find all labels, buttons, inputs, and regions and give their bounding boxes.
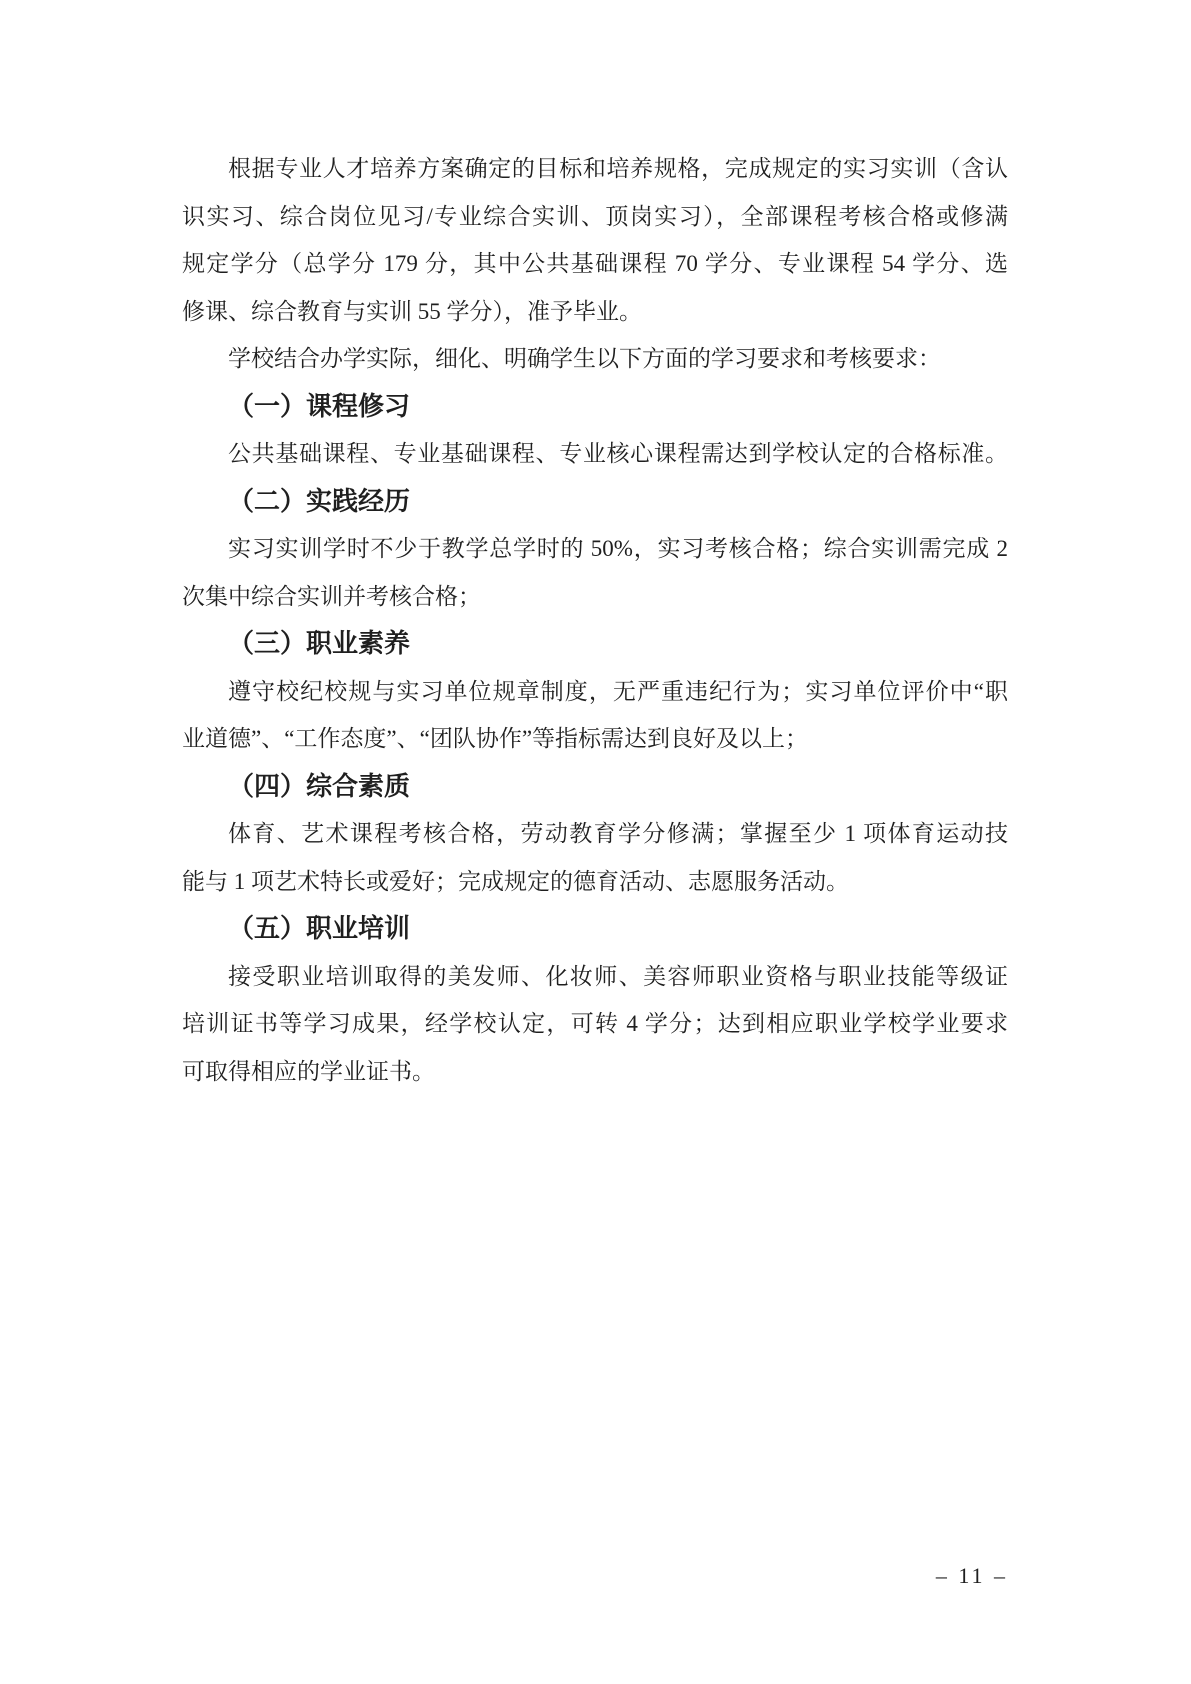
body-line: 公共基础课程、专业基础课程、专业核心课程需达到学校认定的合格标准。 xyxy=(182,430,1008,478)
document-page: 根据专业人才培养方案确定的目标和培养规格，完成规定的实习实训（含认识实习、综合岗… xyxy=(0,0,1191,1684)
body-line: 规定学分（总学分 179 分，其中公共基础课程 70 学分、专业课程 54 学分… xyxy=(182,240,1008,288)
body-line: 次集中综合实训并考核合格； xyxy=(182,573,1008,621)
section-heading: （二）实践经历 xyxy=(182,478,1008,526)
body-line: 遵守校纪校规与实习单位规章制度，无严重违纪行为；实习单位评价中“职 xyxy=(182,668,1008,716)
body-line: 识实习、综合岗位见习/专业综合实训、顶岗实习），全部课程考核合格或修满 xyxy=(182,193,1008,241)
body-line: 学校结合办学实际，细化、明确学生以下方面的学习要求和考核要求： xyxy=(182,335,1008,383)
body-line: 能与 1 项艺术特长或爱好；完成规定的德育活动、志愿服务活动。 xyxy=(182,858,1008,906)
section-heading: （四）综合素质 xyxy=(182,763,1008,811)
page-number: – 11 – xyxy=(182,1560,1008,1592)
section-heading: （三）职业素养 xyxy=(182,620,1008,668)
document-body: 根据专业人才培养方案确定的目标和培养规格，完成规定的实习实训（含认识实习、综合岗… xyxy=(182,145,1008,1095)
body-line: 可取得相应的学业证书。 xyxy=(182,1048,1008,1096)
section-heading: （五）职业培训 xyxy=(182,905,1008,953)
body-line: 接受职业培训取得的美发师、化妆师、美容师职业资格与职业技能等级证书、 xyxy=(182,953,1008,1001)
body-line: 实习实训学时不少于教学总学时的 50%，实习考核合格；综合实训需完成 2 xyxy=(182,525,1008,573)
body-line: 修课、综合教育与实训 55 学分），准予毕业。 xyxy=(182,288,1008,336)
section-heading: （一）课程修习 xyxy=(182,383,1008,431)
body-line: 根据专业人才培养方案确定的目标和培养规格，完成规定的实习实训（含认 xyxy=(182,145,1008,193)
body-line: 体育、艺术课程考核合格，劳动教育学分修满；掌握至少 1 项体育运动技 xyxy=(182,810,1008,858)
body-line: 培训证书等学习成果，经学校认定，可转 4 学分；达到相应职业学校学业要求的， xyxy=(182,1000,1008,1048)
body-line: 业道德”、“工作态度”、“团队协作”等指标需达到良好及以上； xyxy=(182,715,1008,763)
